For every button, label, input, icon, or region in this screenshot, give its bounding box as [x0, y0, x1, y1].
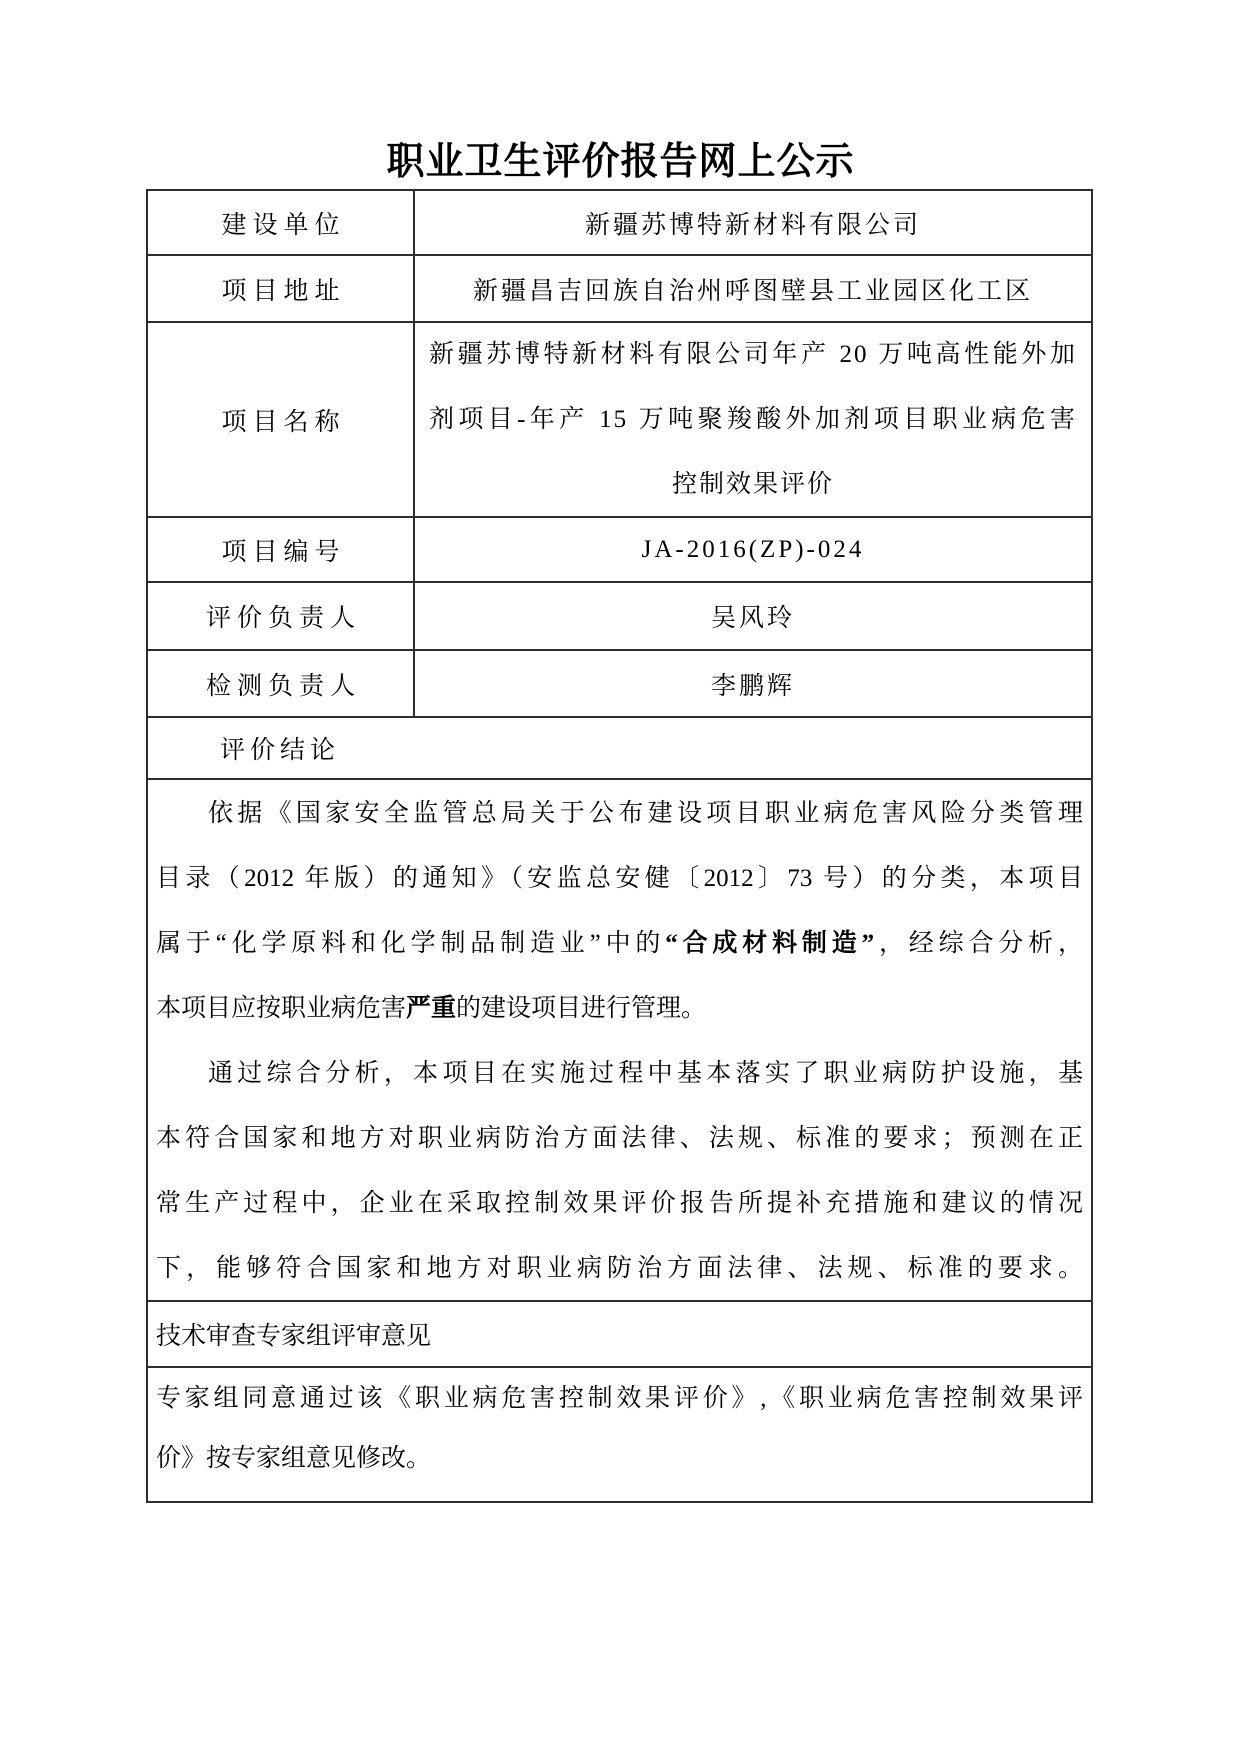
project-name-line: 新疆苏博特新材料有限公司年产 20 万吨高性能外加	[429, 322, 1077, 387]
conclusion-header: 评价结论	[148, 718, 1091, 778]
testing-lead-value: 李鹏辉	[415, 651, 1091, 716]
conclusion-line: 常生产过程中，企业在采取控制效果评价报告所提补充措施和建议的情况	[156, 1171, 1083, 1236]
review-line: 专家组同意通过该《职业病危害控制效果评价》,《职业病危害控制效果评	[156, 1369, 1083, 1429]
project-name-value: 新疆苏博特新材料有限公司年产 20 万吨高性能外加 剂项目-年产 15 万吨聚羧…	[415, 323, 1091, 516]
conclusion-line: 本符合国家和地方对职业病防治方面法律、法规、标准的要求；预测在正	[156, 1106, 1083, 1171]
project-address-label: 项目地址	[148, 256, 415, 321]
evaluation-lead-label: 评价负责人	[148, 583, 415, 649]
construction-unit-value: 新疆苏博特新材料有限公司	[415, 191, 1091, 254]
conclusion-line: 本项目应按职业病危害严重的建设项目进行管理。	[156, 976, 1083, 1041]
page-title: 职业卫生评价报告网上公示	[0, 130, 1241, 185]
row-review-body: 专家组同意通过该《职业病危害控制效果评价》,《职业病危害控制效果评 价》按专家组…	[148, 1366, 1091, 1501]
review-header: 技术审查专家组评审意见	[148, 1302, 1091, 1366]
conclusion-line: 依据《国家安全监管总局关于公布建设项目职业病危害风险分类管理	[156, 781, 1083, 846]
publication-table: 建设单位 新疆苏博特新材料有限公司 项目地址 新疆昌吉回族自治州呼图壁县工业园区…	[146, 189, 1093, 1503]
testing-lead-label: 检测负责人	[148, 651, 415, 716]
project-name-line: 剂项目-年产 15 万吨聚羧酸外加剂项目职业病危害	[429, 387, 1077, 452]
project-name-line: 控制效果评价	[429, 452, 1077, 517]
project-number-label: 项目编号	[148, 518, 415, 581]
construction-unit-label: 建设单位	[148, 191, 415, 254]
conclusion-line: 目录（2012 年版）的通知》（安监总安健〔2012〕73 号）的分类，本项目	[156, 846, 1083, 911]
conclusion-line: 属于“化学原料和化学制品制造业”中的“合成材料制造”，经综合分析，	[156, 911, 1083, 976]
row-testing-lead: 检测负责人 李鹏辉	[148, 649, 1091, 716]
row-project-name: 项目名称 新疆苏博特新材料有限公司年产 20 万吨高性能外加 剂项目-年产 15…	[148, 321, 1091, 516]
row-conclusion-header: 评价结论	[148, 716, 1091, 778]
review-body: 专家组同意通过该《职业病危害控制效果评价》,《职业病危害控制效果评 价》按专家组…	[148, 1368, 1091, 1501]
row-construction-unit: 建设单位 新疆苏博特新材料有限公司	[148, 191, 1091, 254]
row-conclusion-body: 依据《国家安全监管总局关于公布建设项目职业病危害风险分类管理 目录（2012 年…	[148, 778, 1091, 1300]
row-evaluation-lead: 评价负责人 吴风玲	[148, 581, 1091, 649]
row-project-number: 项目编号 JA-2016(ZP)-024	[148, 516, 1091, 581]
row-review-header: 技术审查专家组评审意见	[148, 1300, 1091, 1366]
review-line: 价》按专家组意见修改。	[156, 1429, 1083, 1489]
project-number-value: JA-2016(ZP)-024	[415, 518, 1091, 581]
row-project-address: 项目地址 新疆昌吉回族自治州呼图壁县工业园区化工区	[148, 254, 1091, 321]
conclusion-line: 下，能够符合国家和地方对职业病防治方面法律、法规、标准的要求。	[156, 1236, 1083, 1301]
conclusion-body: 依据《国家安全监管总局关于公布建设项目职业病危害风险分类管理 目录（2012 年…	[148, 780, 1091, 1300]
project-address-value: 新疆昌吉回族自治州呼图壁县工业园区化工区	[415, 256, 1091, 321]
project-name-lines: 新疆苏博特新材料有限公司年产 20 万吨高性能外加 剂项目-年产 15 万吨聚羧…	[415, 322, 1091, 517]
conclusion-line: 通过综合分析，本项目在实施过程中基本落实了职业病防护设施，基	[156, 1041, 1083, 1106]
project-name-label: 项目名称	[148, 323, 415, 516]
evaluation-lead-value: 吴风玲	[415, 583, 1091, 649]
document-page: 职业卫生评价报告网上公示 建设单位 新疆苏博特新材料有限公司 项目地址 新疆昌吉…	[0, 0, 1241, 1755]
